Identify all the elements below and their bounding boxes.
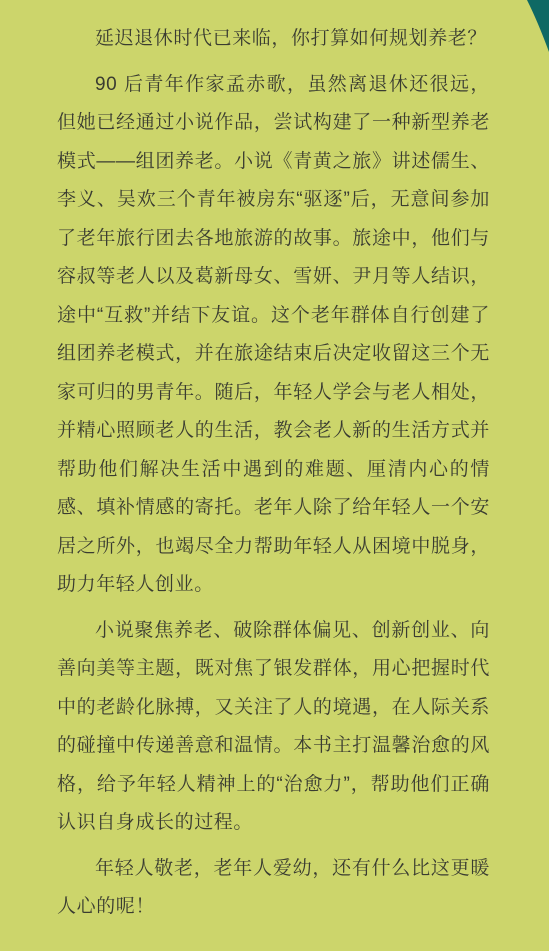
themes-paragraph: 小说聚焦养老、破除群体偏见、创新创业、向善向美等主题，既对焦了银发群体，用心把握… xyxy=(57,612,490,843)
story-summary-paragraph: 90 后青年作家孟赤歌，虽然离退休还很远，但她已经通过小说作品，尝试构建了一种新… xyxy=(57,66,490,605)
page-background: 延迟退休时代已来临，你打算如何规划养老？ 90 后青年作家孟赤歌，虽然离退休还很… xyxy=(0,0,549,951)
corner-triangle-decoration xyxy=(525,0,549,52)
intro-question-paragraph: 延迟退休时代已来临，你打算如何规划养老？ xyxy=(57,20,490,59)
article-body: 延迟退休时代已来临，你打算如何规划养老？ 90 后青年作家孟赤歌，虽然离退休还很… xyxy=(57,20,490,934)
corner-triangle-shape xyxy=(527,0,549,52)
closing-paragraph: 年轻人敬老，老年人爱幼，还有什么比这更暖人心的呢！ xyxy=(57,850,490,927)
